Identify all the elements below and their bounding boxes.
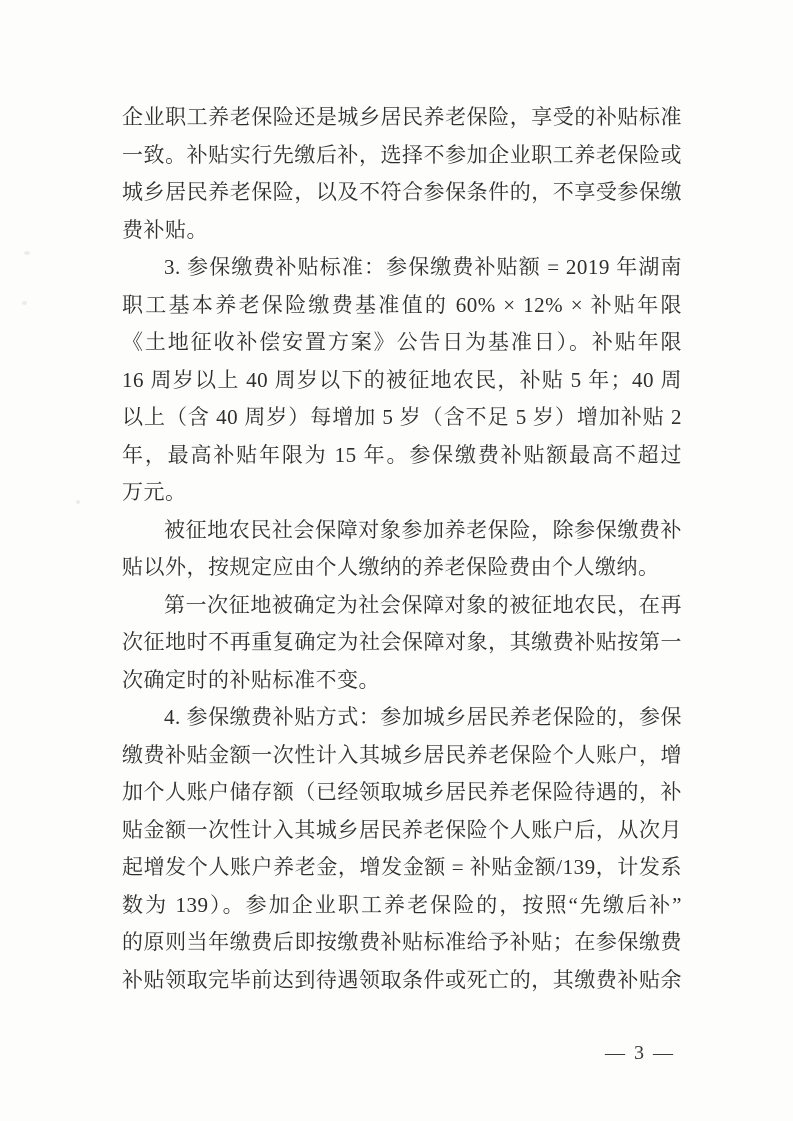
- text-line: 次征地时不再重复确定为社会保障对象，其缴费补贴按第一: [122, 624, 682, 662]
- paragraph: 被征地农民社会保障对象参加养老保险，除参保缴费补 贴以外，按规定应由个人缴纳的养…: [122, 512, 682, 587]
- scan-artifact: [76, 500, 80, 504]
- text-line: 加个人账户储存额（已经领取城乡居民养老保险待遇的，补: [122, 774, 682, 812]
- text-line: 补贴领取完毕前达到待遇领取条件或死亡的，其缴费补贴余: [122, 962, 682, 1000]
- text-line: 企业职工养老保险还是城乡居民养老保险，享受的补贴标准: [122, 99, 682, 137]
- text-line: 数为 139）。参加企业职工养老保险的，按照“先缴后补”: [122, 887, 682, 925]
- text-line: 3. 参保缴费补贴标准：参保缴费补贴额 = 2019 年湖南省: [122, 249, 682, 287]
- text-line: 缴费补贴金额一次性计入其城乡居民养老保险个人账户，增: [122, 737, 682, 775]
- text-line: 的原则当年缴费后即按缴费补贴标准给予补贴；在参保缴费: [122, 924, 682, 962]
- text-line: 被征地农民社会保障对象参加养老保险，除参保缴费补: [122, 512, 682, 550]
- text-line: 城乡居民养老保险，以及不符合参保条件的，不享受参保缴: [122, 174, 682, 212]
- text-line: 一致。补贴实行先缴后补，选择不参加企业职工养老保险或: [122, 137, 682, 175]
- text-line: 费补贴。: [122, 212, 682, 250]
- text-line: 16 周岁以上 40 周岁以下的被征地农民，补贴 5 年；40 周岁: [122, 362, 682, 400]
- scan-artifact: [22, 301, 27, 305]
- text-line: 万元。: [122, 474, 682, 512]
- document-body: 企业职工养老保险还是城乡居民养老保险，享受的补贴标准 一致。补贴实行先缴后补，选…: [122, 99, 682, 999]
- document-page: 企业职工养老保险还是城乡居民养老保险，享受的补贴标准 一致。补贴实行先缴后补，选…: [0, 0, 793, 1121]
- text-line: 4. 参保缴费补贴方式：参加城乡居民养老保险的，参保: [122, 699, 682, 737]
- paragraph: 企业职工养老保险还是城乡居民养老保险，享受的补贴标准 一致。补贴实行先缴后补，选…: [122, 99, 682, 249]
- scan-artifact: [24, 251, 30, 255]
- page-number: — 3 —: [605, 1040, 675, 1066]
- text-line: 《土地征收补偿安置方案》公告日为基准日）。补贴年限为：: [122, 324, 682, 362]
- text-line: 年，最高补贴年限为 15 年。参保缴费补贴额最高不超过 4.5: [122, 437, 682, 475]
- paragraph: 4. 参保缴费补贴方式：参加城乡居民养老保险的，参保 缴费补贴金额一次性计入其城…: [122, 699, 682, 999]
- paragraph: 第一次征地被确定为社会保障对象的被征地农民，在再 次征地时不再重复确定为社会保障…: [122, 587, 682, 700]
- text-line: 贴金额一次性计入其城乡居民养老保险个人账户后，从次月: [122, 812, 682, 850]
- text-line: 次确定时的补贴标准不变。: [122, 662, 682, 700]
- text-line: 起增发个人账户养老金，增发金额 = 补贴金额/139，计发系: [122, 849, 682, 887]
- paragraph: 3. 参保缴费补贴标准：参保缴费补贴额 = 2019 年湖南省 职工基本养老保险…: [122, 249, 682, 512]
- text-line: 第一次征地被确定为社会保障对象的被征地农民，在再: [122, 587, 682, 625]
- text-line: 以上（含 40 周岁）每增加 5 岁（含不足 5 岁）增加补贴 2: [122, 399, 682, 437]
- text-line: 贴以外，按规定应由个人缴纳的养老保险费由个人缴纳。: [122, 549, 682, 587]
- text-line: 职工基本养老保险缴费基准值的 60% × 12% × 补贴年限（以: [122, 287, 682, 325]
